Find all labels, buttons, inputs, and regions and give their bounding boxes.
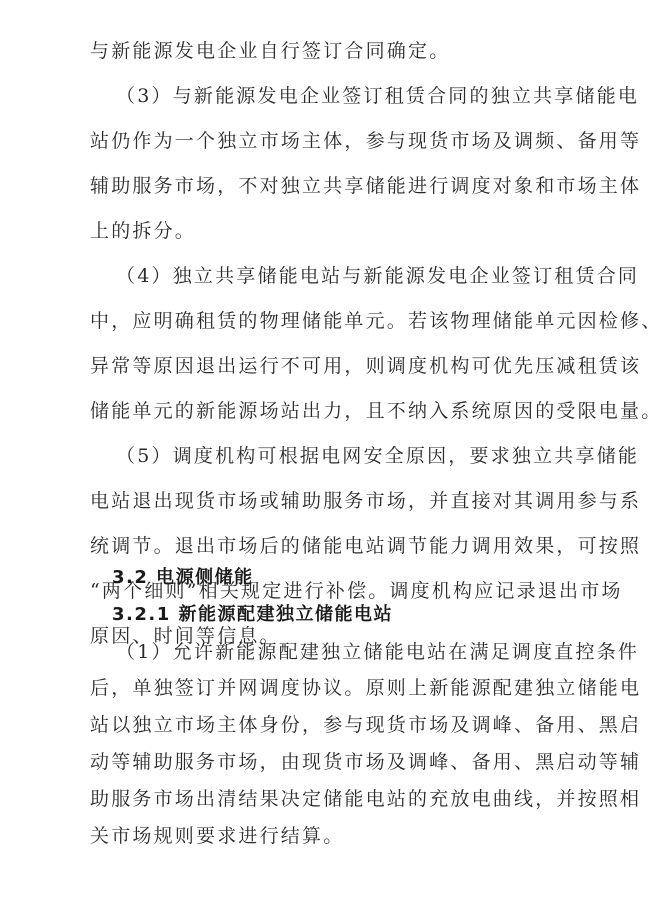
paragraph-3-line-1: （3）与新能源发电企业签订租赁合同的独立共享储能电 [116,81,565,111]
paragraph-4-line-1: （4）独立共享储能电站与新能源发电企业签订租赁合同 [116,261,565,291]
document-page: 与新能源发电企业自行签订合同确定。 （3）与新能源发电企业签订租赁合同的独立共享… [0,0,653,905]
paragraph-3-line-2: 站仍作为一个独立市场主体，参与现货市场及调频、备用等 [90,126,565,156]
paragraph-line: 与新能源发电企业自行签订合同确定。 [90,36,565,66]
paragraph-3-line-4: 上的拆分。 [90,216,565,246]
section-heading-3-2-1: 3.2.1 新能源配建独立储能电站 [112,600,393,630]
paragraph-1-line-6: 关市场规则要求进行结算。 [90,821,565,851]
paragraph-3-line-3: 辅助服务市场，不对独立共享储能进行调度对象和市场主体 [90,171,565,201]
paragraph-1-line-2: 后，单独签订并网调度协议。原则上新能源配建独立储能电 [90,673,565,703]
paragraph-1-line-5: 助服务市场出清结果决定储能电站的充放电曲线，并按照相 [90,784,565,814]
paragraph-5-line-3: 统调节。退出市场后的储能电站调节能力调用效果，可按照 [90,531,565,561]
paragraph-1-line-1: （1）允许新能源配建独立储能电站在满足调度直控条件 [116,637,565,667]
paragraph-1-line-3: 站以独立市场主体身份，参与现货市场及调峰、备用、黑启 [90,710,565,740]
paragraph-4-line-4: 储能单元的新能源场站出力，且不纳入系统原因的受限电量。 [90,396,565,426]
paragraph-5-line-2: 电站退出现货市场或辅助服务市场，并直接对其调用参与系 [90,486,565,516]
paragraph-1-line-4: 动等辅助服务市场，由现货市场及调峰、备用、黑启动等辅 [90,747,565,777]
paragraph-4-line-2: 中，应明确租赁的物理储能单元。若该物理储能单元因检修、 [90,306,565,336]
section-heading-3-2: 3.2 电源侧储能 [112,563,254,593]
paragraph-4-line-3: 异常等原因退出运行不可用，则调度机构可优先压减租赁该 [90,351,565,381]
paragraph-5-line-1: （5）调度机构可根据电网安全原因，要求独立共享储能 [116,441,565,471]
